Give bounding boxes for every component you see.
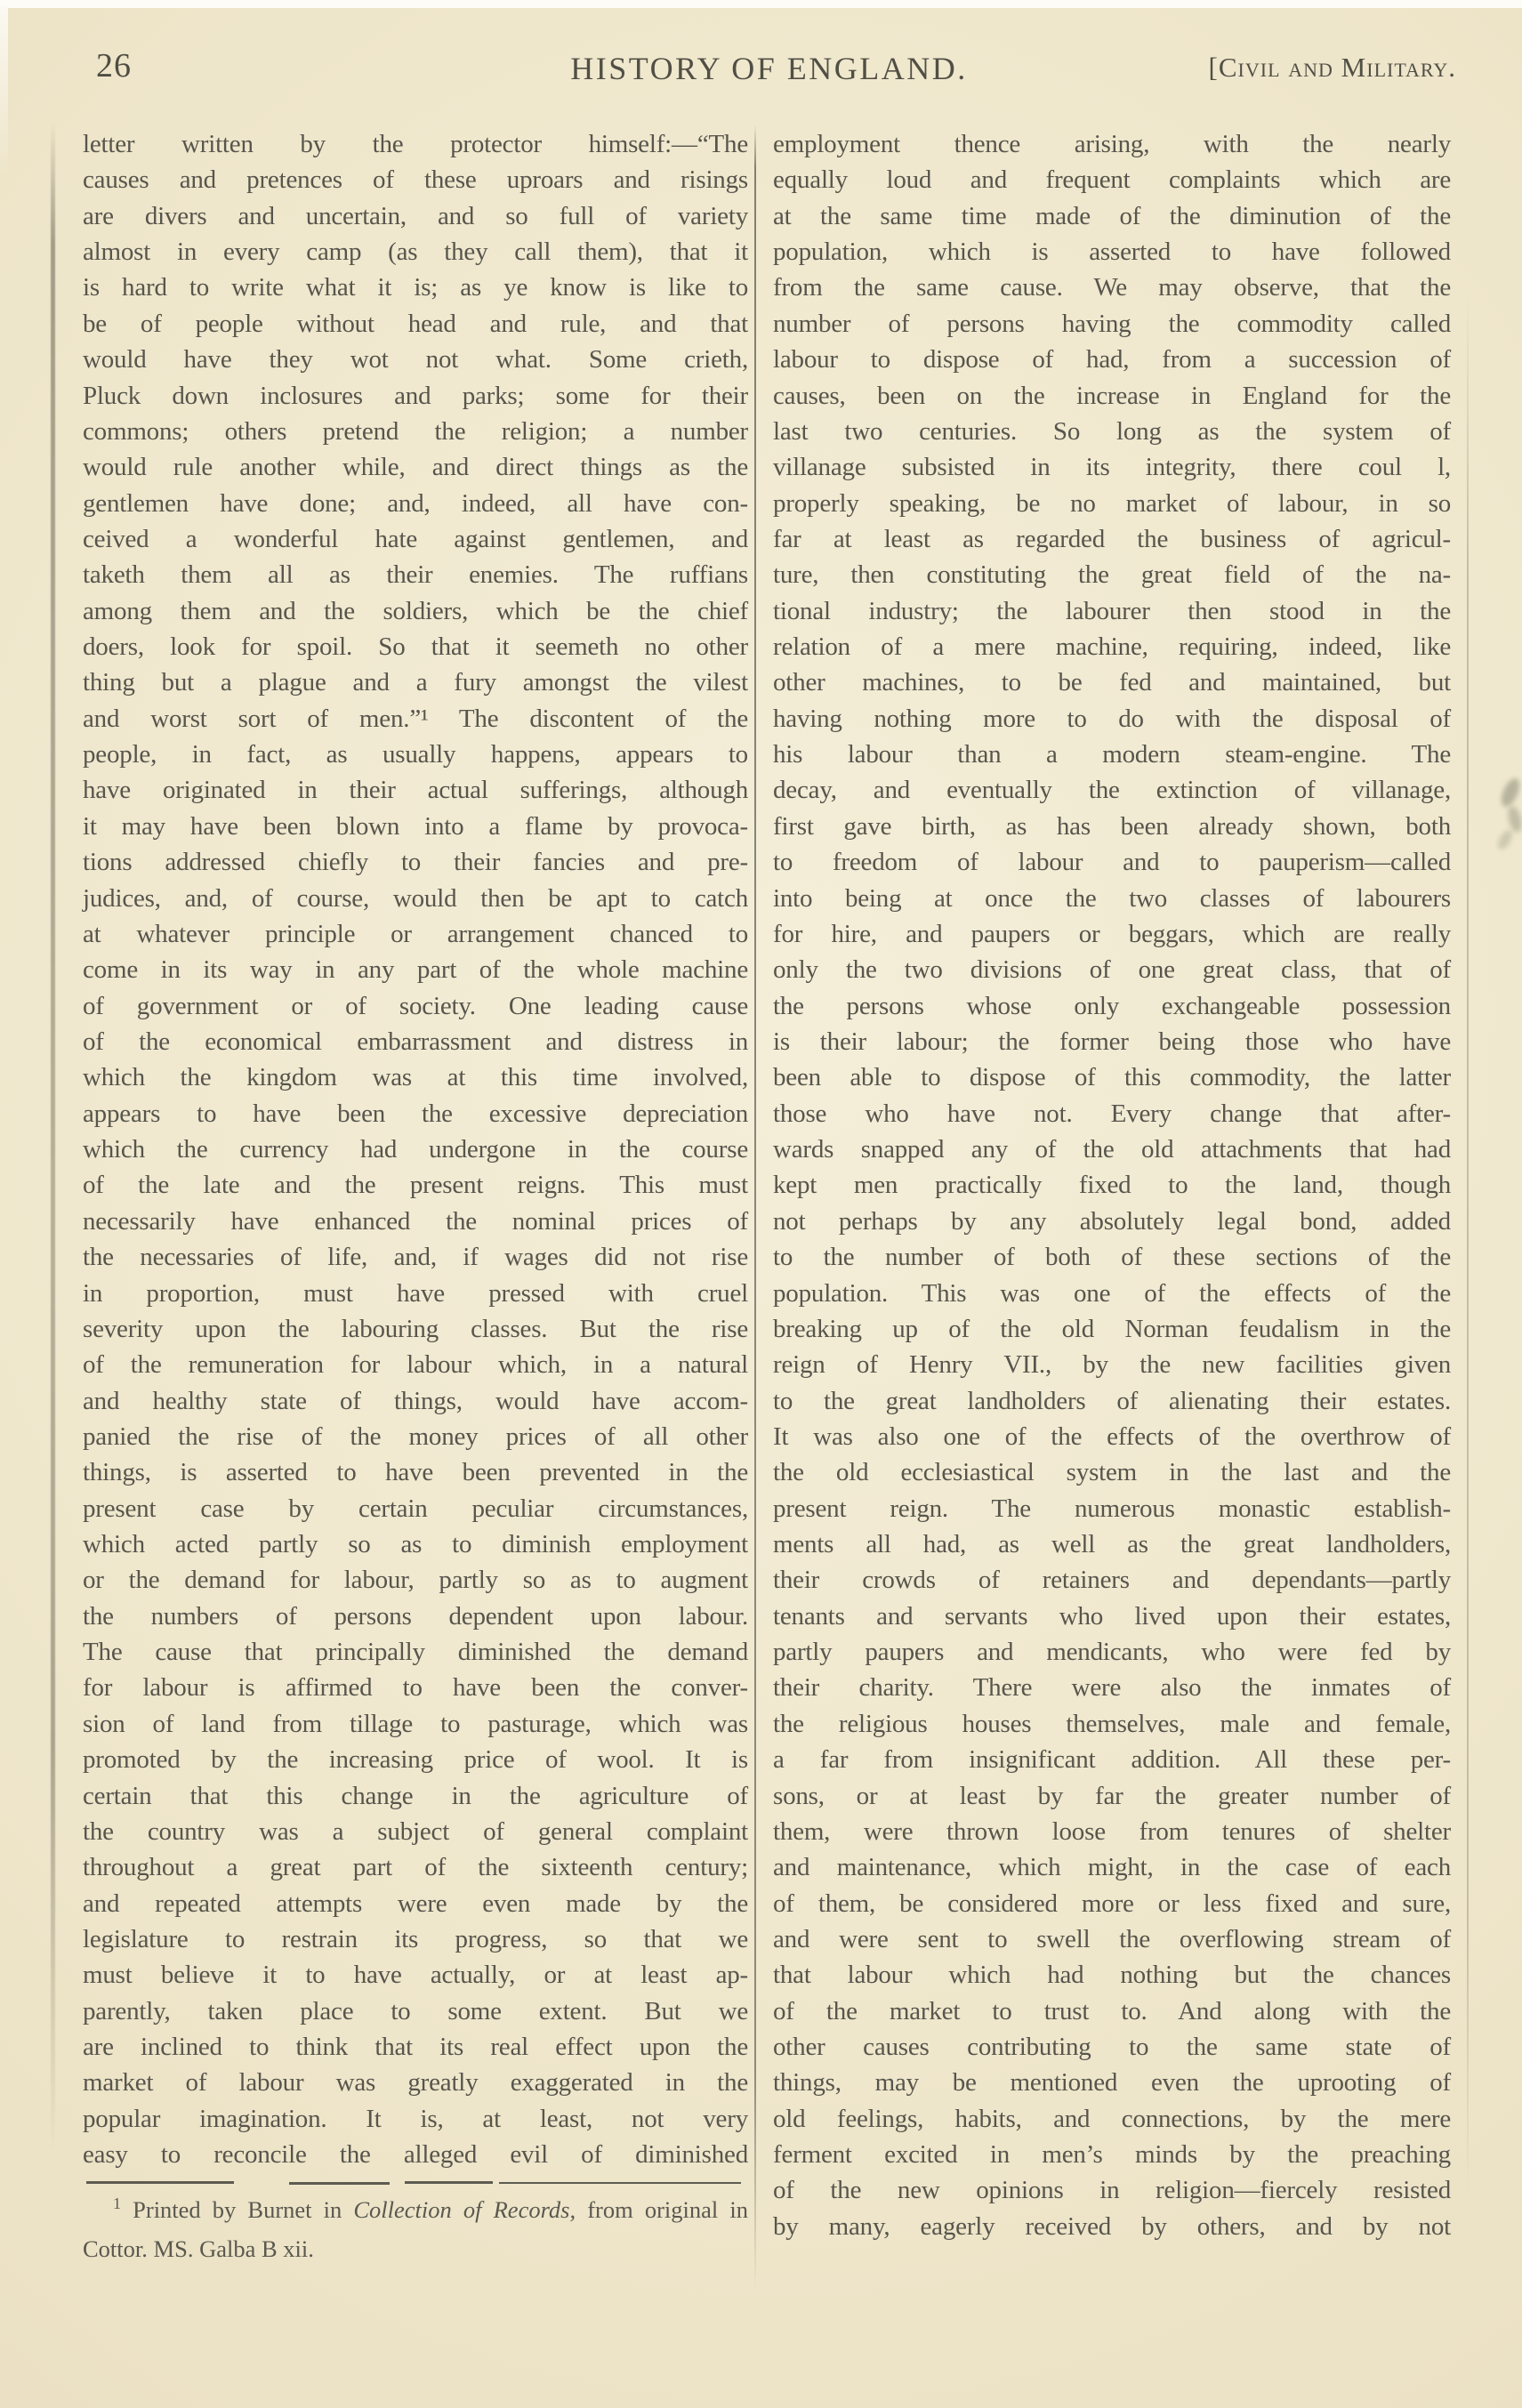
text-line: other machines, to be fed and maintained… xyxy=(773,664,1451,700)
text-line: of the late and the present reigns. This… xyxy=(83,1167,748,1203)
text-line: the necessaries of life, and, if wages d… xyxy=(83,1239,748,1275)
text-line: wards snapped any of the old attachments… xyxy=(773,1132,1451,1167)
text-line: first gave birth, as has been already sh… xyxy=(773,809,1451,844)
text-line: from the same cause. We may observe, tha… xyxy=(773,270,1451,305)
text-line: throughout a great part of the sixteenth… xyxy=(83,1849,748,1885)
text-line: would have they wot not what. Some criet… xyxy=(83,342,748,377)
text-line: the religious houses themselves, male an… xyxy=(773,1706,1451,1742)
scan-edge-left xyxy=(0,5,8,174)
text-line: parently, taken place to some extent. Bu… xyxy=(83,1993,748,2029)
text-line: for hire, and paupers or beggars, which … xyxy=(773,916,1451,952)
text-line: popular imagination. It is, at least, no… xyxy=(83,2101,748,2137)
footnote-text: Printed by Burnet in xyxy=(133,2196,353,2223)
text-line: their crowds of retainers and dependants… xyxy=(773,1562,1451,1598)
text-line: ferment excited in men’s minds by the pr… xyxy=(773,2137,1451,2172)
running-title: HISTORY OF ENGLAND. xyxy=(570,51,968,86)
text-line: of the new opinions in religion—fiercely… xyxy=(773,2172,1451,2208)
text-line: present case by certain peculiar circums… xyxy=(83,1491,748,1526)
text-line: It was also one of the effects of the ov… xyxy=(773,1419,1451,1454)
text-line: market of labour was greatly exaggerated… xyxy=(83,2065,748,2100)
text-line: by many, eagerly received by others, and… xyxy=(773,2209,1451,2244)
text-line: been able to dispose of this commodity, … xyxy=(773,1059,1451,1095)
text-line: severity upon the labouring classes. But… xyxy=(83,1311,748,1347)
text-line: are divers and uncertain, and so full of… xyxy=(83,198,748,234)
text-line: the persons whose only exchangeable poss… xyxy=(773,988,1451,1024)
text-line: reign of Henry VII., by the new faciliti… xyxy=(773,1347,1451,1382)
text-line: of the economical embarrassment and dist… xyxy=(83,1024,748,1059)
book-page: 26 HISTORY OF ENGLAND. [Civil and Milita… xyxy=(0,0,1522,2408)
text-line: doers, look for spoil. So that it seemet… xyxy=(83,629,748,664)
text-line: for labour is affirmed to have been the … xyxy=(83,1670,748,1705)
text-line: only the two divisions of one great clas… xyxy=(773,952,1451,987)
footnote-line-2: Cottor. MS. Galba B xii. xyxy=(83,2229,748,2268)
text-line: a far from insignificant addition. All t… xyxy=(773,1742,1451,1777)
header-section-label: [Civil and Military. xyxy=(1209,52,1456,84)
text-line: tions addressed chiefly to their fancies… xyxy=(83,844,748,880)
text-line: of the market to trust to. And along wit… xyxy=(773,1993,1451,2029)
text-line: ture, then constituting the great field … xyxy=(773,557,1451,592)
text-line: and healthy state of things, would have … xyxy=(83,1383,748,1419)
text-line: which the currency had undergone in the … xyxy=(83,1132,748,1167)
text-line: The cause that principally diminished th… xyxy=(83,1634,748,1670)
text-line: his labour than a modern steam-engine. T… xyxy=(773,737,1451,772)
text-line: the old ecclesiastical system in the las… xyxy=(773,1454,1451,1490)
text-line: necessarily have enhanced the nominal pr… xyxy=(83,1204,748,1239)
text-line: properly speaking, be no market of labou… xyxy=(773,486,1451,521)
text-line: would rule another while, and direct thi… xyxy=(83,449,748,485)
text-line: breaking up of the old Norman feudalism … xyxy=(773,1311,1451,1347)
text-line: to freedom of labour and to pauperism—ca… xyxy=(773,844,1451,880)
text-line: judices, and, of course, would then be a… xyxy=(83,881,748,916)
text-line: and were sent to swell the overflowing s… xyxy=(773,1921,1451,1957)
text-line: easy to reconcile the alleged evil of di… xyxy=(83,2137,748,2172)
text-line: promoted by the increasing price of wool… xyxy=(83,1742,748,1777)
text-line: to the number of both of these sections … xyxy=(773,1239,1451,1275)
text-line: decay, and eventually the extinction of … xyxy=(773,772,1451,808)
text-line: things, is asserted to have been prevent… xyxy=(83,1454,748,1490)
text-line: at the same time made of the diminution … xyxy=(773,198,1451,234)
left-column: letter written by the protector himself:… xyxy=(83,126,748,2172)
text-line: gentlemen have done; and, indeed, all ha… xyxy=(83,486,748,521)
text-line: having nothing more to do with the dispo… xyxy=(773,701,1451,737)
text-line: relation of a mere machine, requiring, i… xyxy=(773,629,1451,664)
text-line: into being at once the two classes of la… xyxy=(773,881,1451,916)
text-line: not perhaps by any absolutely legal bond… xyxy=(773,1204,1451,1239)
text-line: last two centuries. So long as the syste… xyxy=(773,414,1451,449)
text-line: have originated in their actual sufferin… xyxy=(83,772,748,808)
text-line: ments all had, as well as the great land… xyxy=(773,1526,1451,1562)
text-line: labour to dispose of had, from a success… xyxy=(773,342,1451,377)
text-line: kept men practically fixed to the land, … xyxy=(773,1167,1451,1203)
text-line: it may have been blown into a flame by p… xyxy=(83,809,748,844)
text-line: that labour which had nothing but the ch… xyxy=(773,1957,1451,1993)
column-divider-rule xyxy=(754,125,756,2288)
text-line: and worst sort of men.”¹ The discontent … xyxy=(83,701,748,737)
text-line: employment thence arising, with the near… xyxy=(773,126,1451,162)
footnote: 1 Printed by Burnet in Collection of Rec… xyxy=(83,2190,748,2268)
text-line: them, were thrown loose from tenures of … xyxy=(773,1814,1451,1849)
text-line: in proportion, must have pressed with cr… xyxy=(83,1276,748,1311)
text-line: taketh them all as their enemies. The ru… xyxy=(83,557,748,592)
text-line: commons; others pretend the religion; a … xyxy=(83,414,748,449)
text-line: causes, been on the increase in England … xyxy=(773,378,1451,414)
text-line: things, may be mentioned even the uproot… xyxy=(773,2065,1451,2100)
text-line: is their labour; the former being those … xyxy=(773,1024,1451,1059)
text-line: to the great landholders of alienating t… xyxy=(773,1383,1451,1419)
text-line: causes and pretences of these uproars an… xyxy=(83,162,748,197)
text-line: villanage subsisted in its integrity, th… xyxy=(773,449,1451,485)
text-line: is hard to write what it is; as ye know … xyxy=(83,270,748,305)
text-line: people, in fact, as usually happens, app… xyxy=(83,737,748,772)
margin-smudge xyxy=(1496,776,1522,856)
text-line: those who have not. Every change that af… xyxy=(773,1096,1451,1132)
text-line: of government or of society. One leading… xyxy=(83,988,748,1024)
text-line: are inclined to think that its real effe… xyxy=(83,2029,748,2065)
right-margin-rule xyxy=(1467,294,1469,2197)
text-line: be of people without head and rule, and … xyxy=(83,306,748,342)
footnote-text-after: from original in xyxy=(576,2196,748,2223)
text-line: or the demand for labour, partly so as t… xyxy=(83,1562,748,1598)
text-line: among them and the soldiers, which be th… xyxy=(83,593,748,629)
text-line: old feelings, habits, and connections, b… xyxy=(773,2101,1451,2137)
footnote-rule xyxy=(83,2181,748,2185)
text-line: far at least as regarded the business of… xyxy=(773,521,1451,557)
text-line: come in its way in any part of the whole… xyxy=(83,952,748,987)
text-line: appears to have been the excessive depre… xyxy=(83,1096,748,1132)
text-line: and repeated attempts were even made by … xyxy=(83,1886,748,1921)
text-line: legislature to restrain its progress, so… xyxy=(83,1921,748,1957)
text-line: which acted partly so as to diminish emp… xyxy=(83,1526,748,1562)
text-line: population, which is asserted to have fo… xyxy=(773,234,1451,270)
footnote-line-1: 1 Printed by Burnet in Collection of Rec… xyxy=(83,2190,748,2229)
text-line: population. This was one of the effects … xyxy=(773,1276,1451,1311)
scan-edge-top xyxy=(0,0,1522,8)
text-line: certain that this change in the agricult… xyxy=(83,1778,748,1814)
text-line: equally loud and frequent complaints whi… xyxy=(773,162,1451,197)
text-line: of them, be considered more or less fixe… xyxy=(773,1886,1451,1921)
text-line: almost in every camp (as they call them)… xyxy=(83,234,748,270)
right-column: employment thence arising, with the near… xyxy=(773,126,1451,2244)
text-line: Pluck down inclosures and parks; some fo… xyxy=(83,378,748,414)
text-line: and maintenance, which might, in the cas… xyxy=(773,1849,1451,1885)
text-line: letter written by the protector himself:… xyxy=(83,126,748,162)
text-line: must believe it to have actually, or at … xyxy=(83,1957,748,1993)
text-line: panied the rise of the money prices of a… xyxy=(83,1419,748,1454)
text-line: their charity. There were also the inmat… xyxy=(773,1670,1451,1705)
text-line: number of persons having the commodity c… xyxy=(773,306,1451,342)
text-line: tenants and servants who lived upon thei… xyxy=(773,1599,1451,1634)
text-line: sion of land from tillage to pasturage, … xyxy=(83,1706,748,1742)
text-line: the numbers of persons dependent upon la… xyxy=(83,1599,748,1634)
text-line: tional industry; the labourer then stood… xyxy=(773,593,1451,629)
text-line: ceived a wonderful hate against gentleme… xyxy=(83,521,748,557)
text-line: at whatever principle or arrangement cha… xyxy=(83,916,748,952)
text-line: present reign. The numerous monastic est… xyxy=(773,1491,1451,1526)
footnote-italic-title: Collection of Records, xyxy=(353,2196,576,2223)
text-line: of the remuneration for labour which, in… xyxy=(83,1347,748,1382)
page-gutter-shadow xyxy=(51,123,55,2151)
footnote-marker: 1 xyxy=(113,2195,121,2212)
text-line: other causes contributing to the same st… xyxy=(773,2029,1451,2065)
text-line: partly paupers and mendicants, who were … xyxy=(773,1634,1451,1670)
text-line: which the kingdom was at this time invol… xyxy=(83,1059,748,1095)
text-line: sons, or at least by far the greater num… xyxy=(773,1778,1451,1814)
text-line: thing but a plague and a fury amongst th… xyxy=(83,664,748,700)
text-line: the country was a subject of general com… xyxy=(83,1814,748,1849)
